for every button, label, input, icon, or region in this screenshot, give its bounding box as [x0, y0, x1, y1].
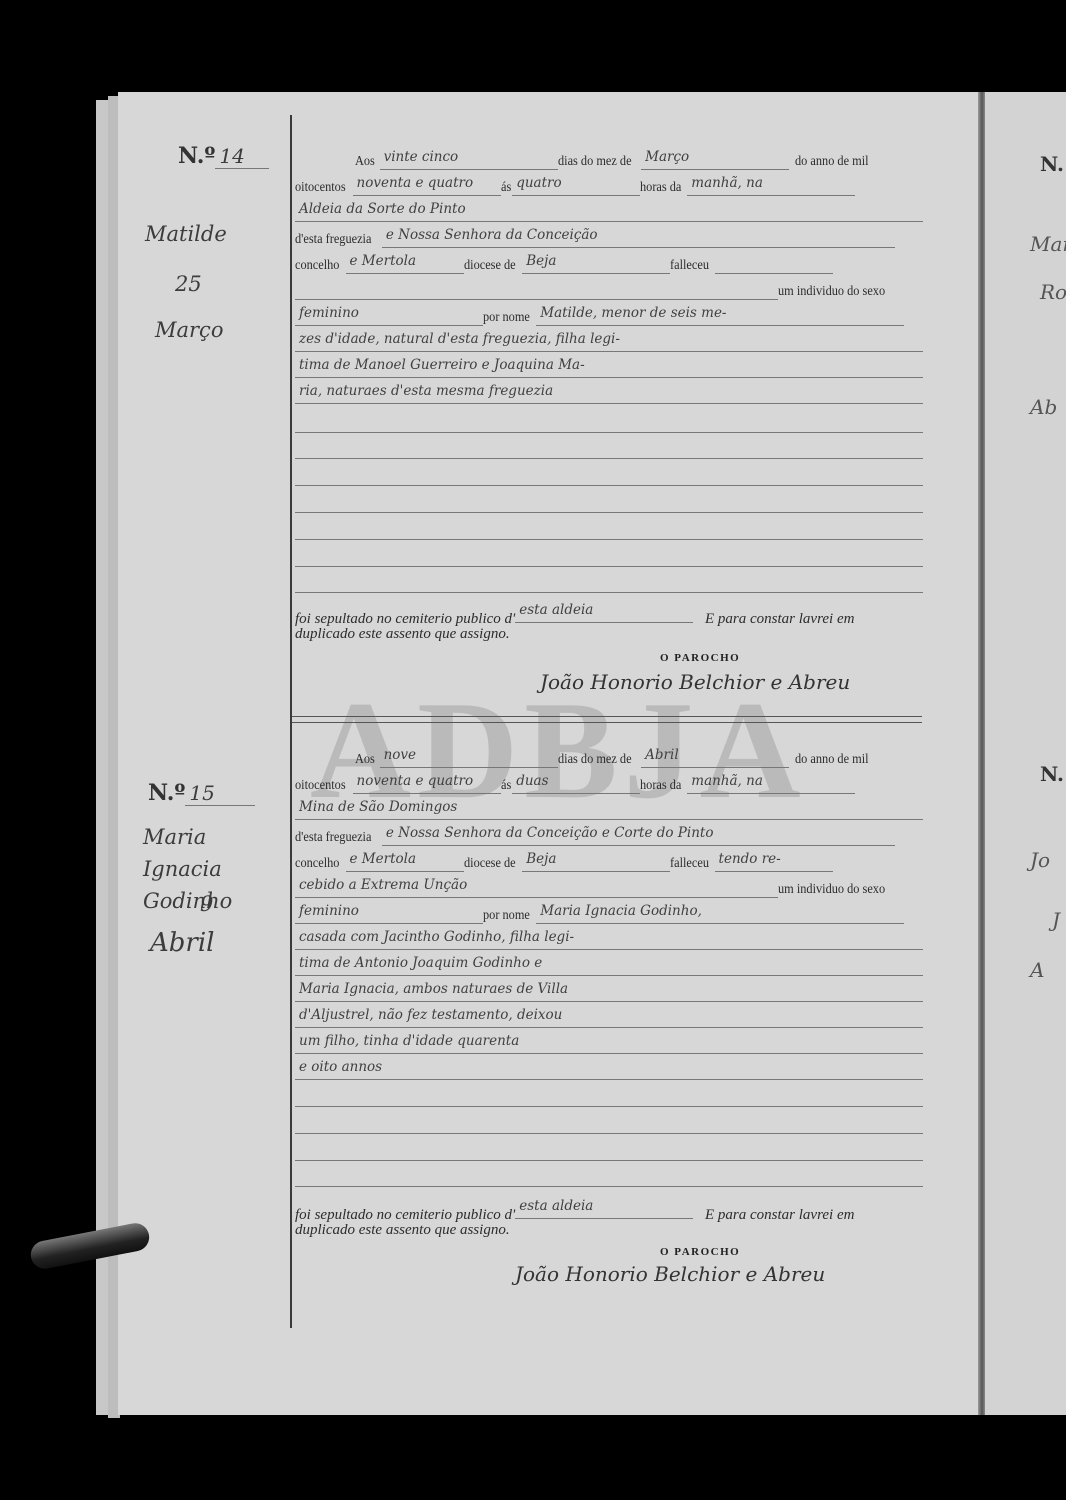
- nome-cont: tima de Manoel Guerreiro e Joaquina Ma-: [295, 357, 923, 378]
- entry-number: N.º15: [148, 780, 255, 806]
- freguezia-field: e Nossa Senhora da Conceição e Corte do …: [382, 825, 895, 846]
- line-concelho: concelho e Mertola diocese de Beja falle…: [295, 848, 923, 872]
- cemiterio-field: esta aldeia: [515, 602, 693, 623]
- blank-line: [295, 432, 923, 433]
- sexo-field: feminino: [295, 305, 483, 326]
- blank-line: [295, 1186, 923, 1187]
- burial-line: foi sepultado no cemiterio publico d'est…: [295, 602, 923, 628]
- sexo-field: feminino: [295, 903, 483, 924]
- margin-month: Abril: [150, 928, 214, 958]
- month-field: Março: [641, 149, 789, 170]
- nome-cont: Maria Ignacia, ambos naturaes de Villa: [295, 981, 923, 1002]
- adjacent-entry-number: N.: [1040, 762, 1064, 786]
- hour-field: duas: [512, 773, 640, 794]
- period-field: manhã, na: [687, 773, 855, 794]
- margin-month: Março: [155, 318, 223, 342]
- adjacent-fragment: A: [1030, 958, 1044, 982]
- signature: João Honorio Belchior e Abreu: [515, 1262, 825, 1286]
- blank-line: [295, 1133, 923, 1134]
- adjacent-fragment: J: [1052, 908, 1060, 932]
- nome-cont: e oito annos: [295, 1059, 923, 1080]
- nome-field: Maria Ignacia Godinho,: [536, 903, 904, 924]
- month-field: Abril: [641, 747, 789, 768]
- margin-day: 9: [200, 892, 213, 916]
- line-year: oitocentos noventa e quatro ás quatro ho…: [295, 172, 923, 196]
- freguezia-field: e Nossa Senhora da Conceição: [382, 227, 895, 248]
- blank-line: [295, 1106, 923, 1107]
- diocese-field: Beja: [522, 253, 670, 274]
- entry-number: N.º14: [178, 143, 269, 169]
- adjacent-fragment: Ro: [1040, 280, 1066, 304]
- day-field: nove: [380, 747, 558, 768]
- nome-cont: casada com Jacintho Godinho, filha legi-: [295, 929, 923, 950]
- margin-day: 25: [175, 272, 202, 296]
- parocho-label: O PAROCHO: [660, 1246, 740, 1258]
- blank-line: [295, 458, 923, 459]
- blank-line: [295, 512, 923, 513]
- duplicado-line: duplicado este assento que assigno.: [295, 1222, 923, 1239]
- line-sexo-label: um individuo do sexo: [295, 276, 923, 300]
- falleceu-field: tendo re-: [715, 851, 833, 872]
- entry-divider: [292, 716, 922, 717]
- line-nome: feminino por nome Maria Ignacia Godinho,: [295, 900, 923, 924]
- line-nome: feminino por nome Matilde, menor de seis…: [295, 302, 923, 326]
- diocese-field: Beja: [522, 851, 670, 872]
- adjacent-fragment: Jo: [1030, 848, 1050, 872]
- line-place: Aldeia da Sorte do Pinto: [295, 198, 923, 222]
- parocho-label: O PAROCHO: [660, 652, 740, 664]
- place-field: Aldeia da Sorte do Pinto: [295, 201, 923, 222]
- line-date: Aos nove dias do mez de Abril do anno de…: [295, 744, 983, 768]
- blank-line: [295, 539, 923, 540]
- adjacent-fragment: Ab: [1030, 395, 1057, 419]
- nome-cont: d'Aljustrel, não fez testamento, deixou: [295, 1007, 923, 1028]
- duplicado-line: duplicado este assento que assigno.: [295, 626, 923, 643]
- concelho-field: e Mertola: [346, 253, 464, 274]
- blank-line: [295, 1160, 923, 1161]
- adjacent-entry-number: N.: [1040, 152, 1064, 176]
- signature: João Honorio Belchior e Abreu: [540, 670, 850, 694]
- concelho-field: e Mertola: [346, 851, 464, 872]
- nome-cont: um filho, tinha d'idade quarenta: [295, 1033, 923, 1054]
- nome-cont: tima de Antonio Joaquim Godinho e: [295, 955, 923, 976]
- nome-field: Matilde, menor de seis me-: [536, 305, 904, 326]
- nome-cont: zes d'idade, natural d'esta freguezia, f…: [295, 331, 923, 352]
- period-field: manhã, na: [687, 175, 855, 196]
- place-field: Mina de São Domingos: [295, 799, 923, 820]
- line-freguezia: d'esta freguezia e Nossa Senhora da Conc…: [295, 822, 923, 846]
- blank-line: [295, 485, 923, 486]
- line-concelho: concelho e Mertola diocese de Beja falle…: [295, 250, 923, 274]
- line-date: Aos vinte cinco dias do mez de Março do …: [295, 146, 983, 170]
- hour-field: quatro: [512, 175, 640, 196]
- blank-line: [295, 592, 923, 593]
- line-sexo-label: cebido a Extrema Unção um individuo do s…: [295, 874, 923, 898]
- line-place: Mina de São Domingos: [295, 796, 923, 820]
- nome-cont: ria, naturaes d'esta mesma freguezia: [295, 383, 923, 404]
- year-field: noventa e quatro: [353, 773, 501, 794]
- burial-line: foi sepultado no cemiterio publico d'est…: [295, 1198, 923, 1224]
- blank-line: [295, 566, 923, 567]
- cemiterio-field: esta aldeia: [515, 1198, 693, 1219]
- line-year: oitocentos noventa e quatro ás duas hora…: [295, 770, 923, 794]
- margin-name: Matilde: [145, 222, 227, 246]
- line-freguezia: d'esta freguezia e Nossa Senhora da Conc…: [295, 224, 923, 248]
- entry-divider: [292, 722, 922, 723]
- adjacent-fragment: Mar: [1030, 232, 1066, 256]
- year-field: noventa e quatro: [353, 175, 501, 196]
- falleceu-field: [715, 253, 833, 274]
- day-field: vinte cinco: [380, 149, 558, 170]
